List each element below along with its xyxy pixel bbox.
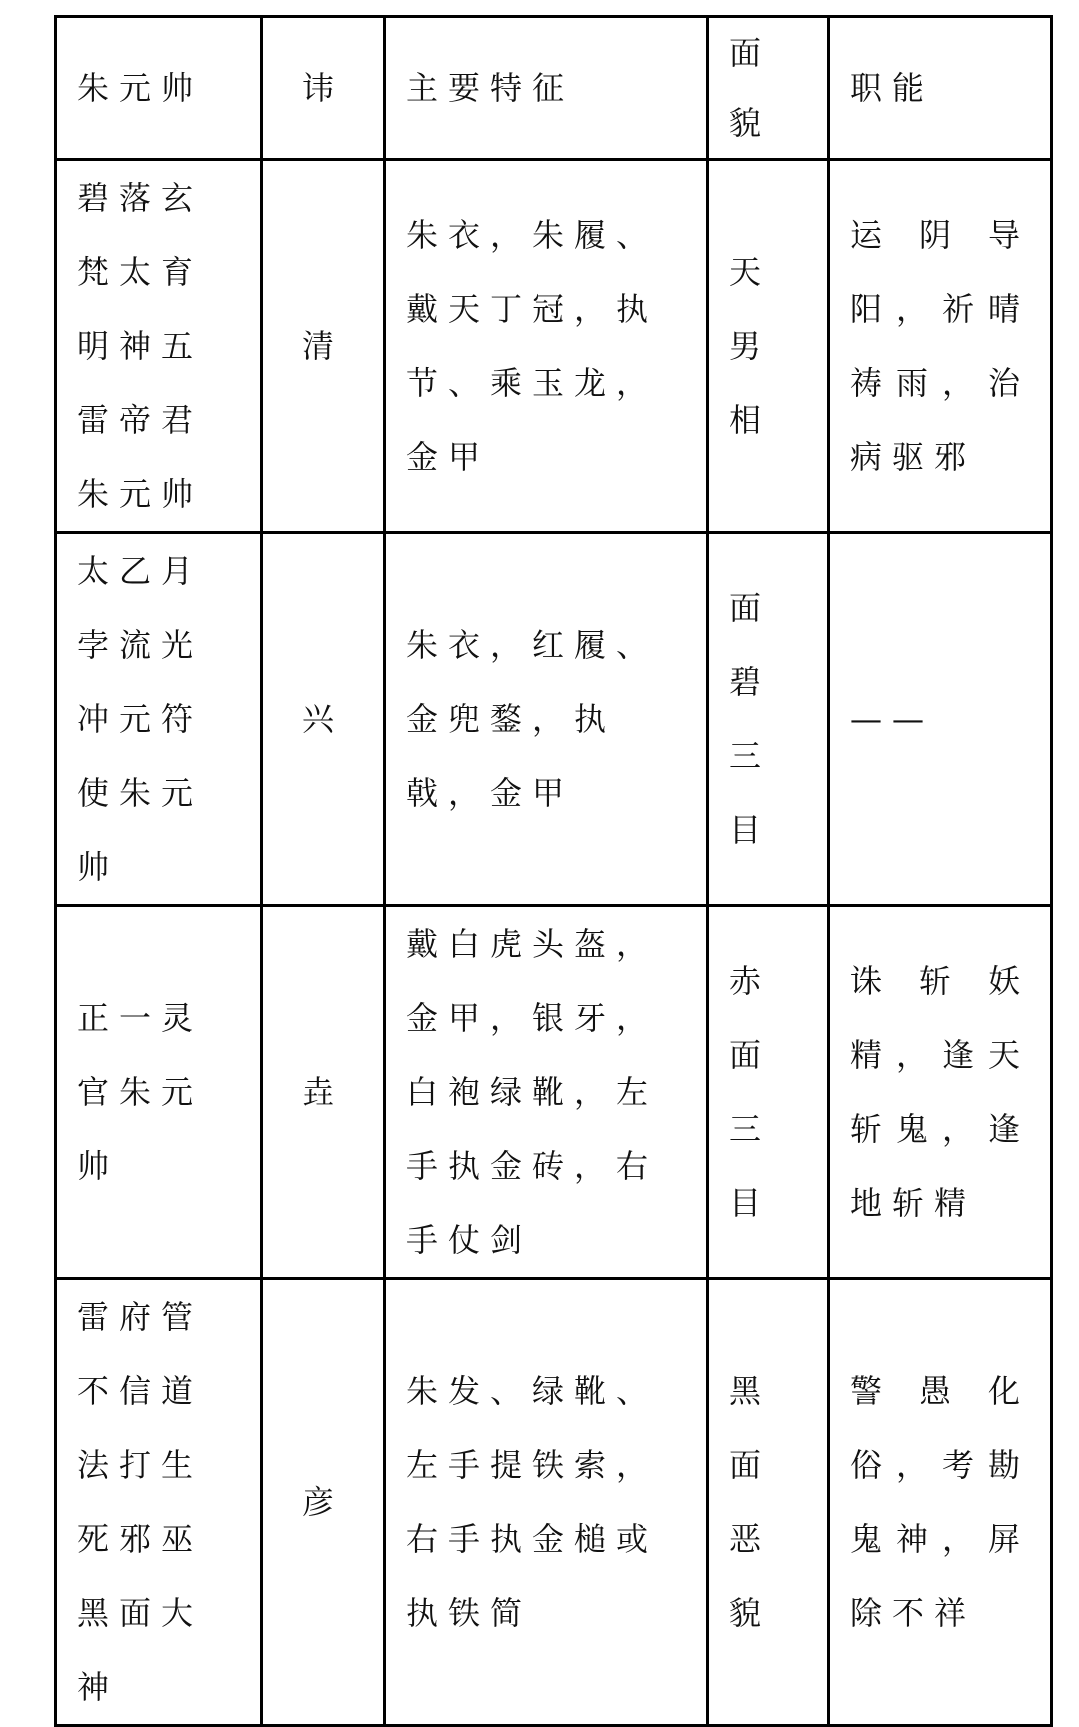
cell-appearance: 黑面恶貌 [708,1279,829,1726]
table-header-row: 朱元帅 讳 主要特征 面貌 职能 [56,17,1052,160]
cell-taboo: 垚 [262,906,385,1279]
cell-function: —— [829,533,1052,906]
cell-name: 雷府管不信道法打生死邪巫黑面大神 [56,1279,262,1726]
table-row: 太乙月孛流光冲元符使朱元帅 兴 朱衣，红履、金兜鍪，执戟，金甲 面碧三目 —— [56,533,1052,906]
cell-name: 碧落玄梵太育明神五雷帝君朱元帅 [56,160,262,533]
cell-features: 戴白虎头盔，金甲，银牙，白袍绿靴，左手执金砖，右手仗剑 [385,906,708,1279]
cell-appearance: 赤面三目 [708,906,829,1279]
table-row: 正一灵官朱元帅 垚 戴白虎头盔，金甲，银牙，白袍绿靴，左手执金砖，右手仗剑 赤面… [56,906,1052,1279]
cell-appearance: 天男相 [708,160,829,533]
zhu-marshal-table: 朱元帅 讳 主要特征 面貌 职能 碧落玄梵太育明神五雷帝君朱元帅 清 朱衣，朱履… [54,15,1053,1727]
cell-features: 朱衣，朱履、戴天丁冠，执节、乘玉龙，金甲 [385,160,708,533]
header-taboo: 讳 [262,17,385,160]
table-row: 碧落玄梵太育明神五雷帝君朱元帅 清 朱衣，朱履、戴天丁冠，执节、乘玉龙，金甲 天… [56,160,1052,533]
cell-taboo: 清 [262,160,385,533]
cell-function: 诛斩妖精，逢天斩鬼，逢地斩精 [829,906,1052,1279]
cell-taboo: 兴 [262,533,385,906]
cell-name: 正一灵官朱元帅 [56,906,262,1279]
header-name: 朱元帅 [56,17,262,160]
header-appearance: 面貌 [708,17,829,160]
cell-features: 朱衣，红履、金兜鍪，执戟，金甲 [385,533,708,906]
header-features: 主要特征 [385,17,708,160]
cell-features: 朱发、绿靴、左手提铁索，右手执金槌或执铁简 [385,1279,708,1726]
header-function: 职能 [829,17,1052,160]
cell-function: 警愚化俗，考勘鬼神，屏除不祥 [829,1279,1052,1726]
cell-name: 太乙月孛流光冲元符使朱元帅 [56,533,262,906]
cell-taboo: 彦 [262,1279,385,1726]
cell-appearance: 面碧三目 [708,533,829,906]
cell-function: 运阴导阳，祈晴祷雨，治病驱邪 [829,160,1052,533]
table-row: 雷府管不信道法打生死邪巫黑面大神 彦 朱发、绿靴、左手提铁索，右手执金槌或执铁简… [56,1279,1052,1726]
